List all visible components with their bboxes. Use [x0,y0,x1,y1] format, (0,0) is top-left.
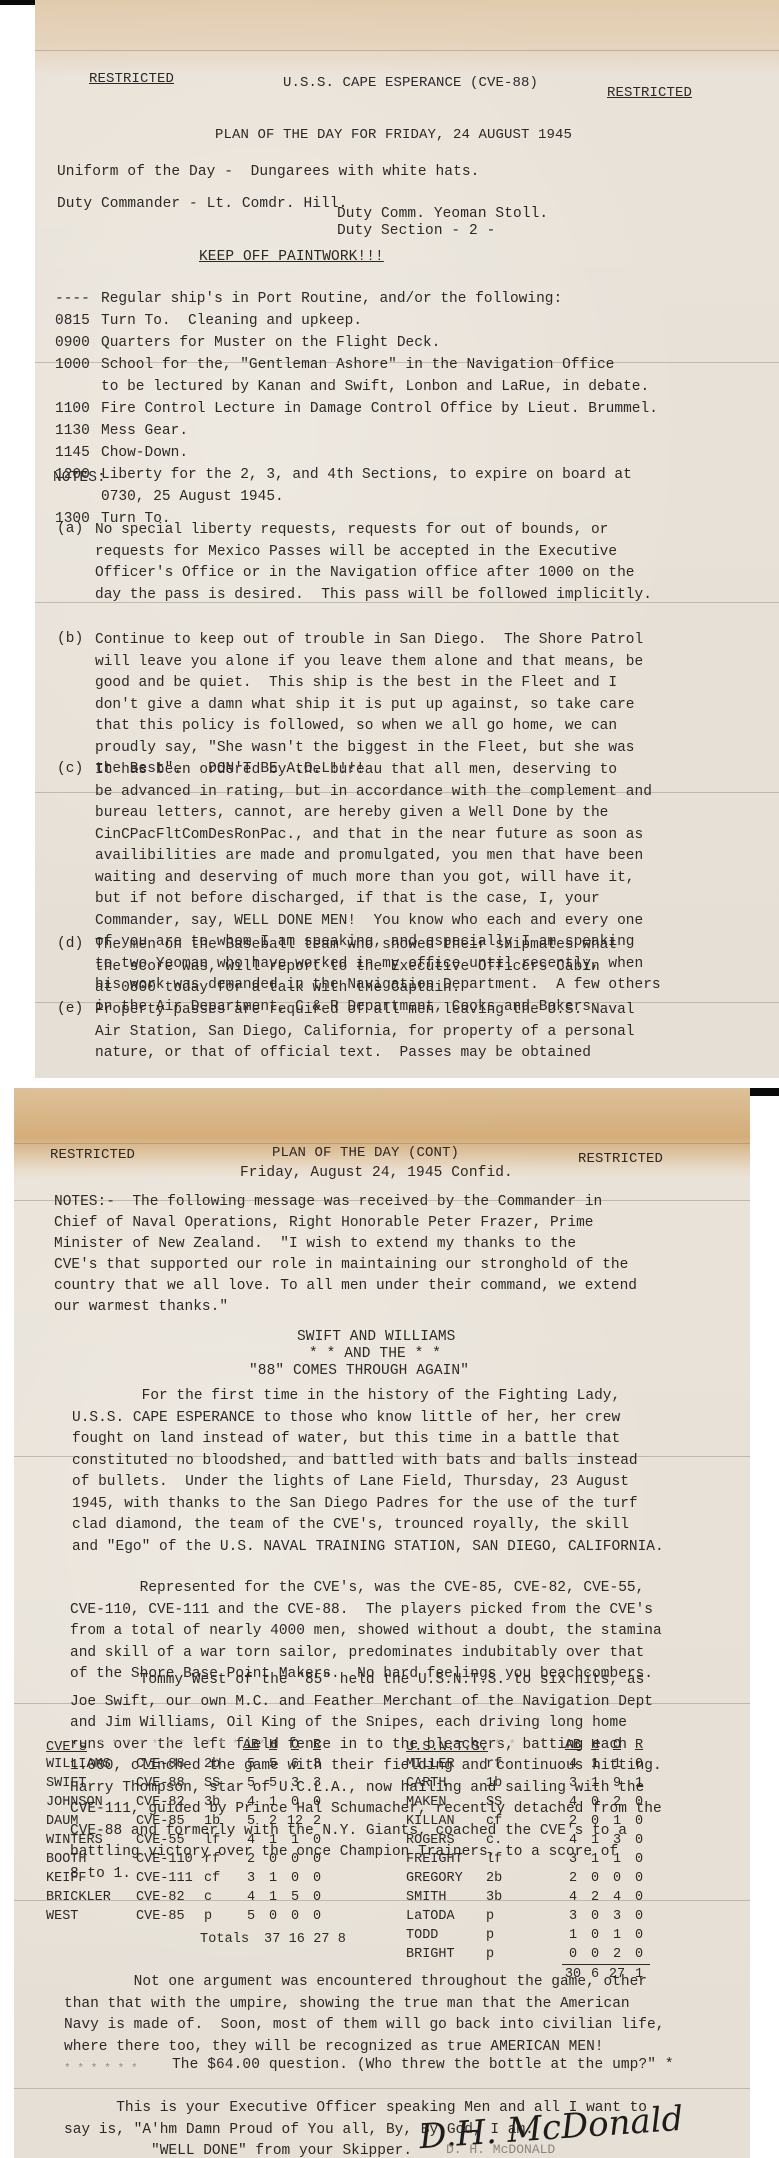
player-row: BRICKLERCVE-82c4150 [46,1888,328,1907]
classification-right: RESTRICTED [607,84,692,103]
schedule-item: 1130Mess Gear. [55,420,188,442]
schedule-text: Chow-Down. [101,442,188,464]
document-page-2: RESTRICTED PLAN OF THE DAY (CONT) RESTRI… [14,1088,750,2158]
player-row: LaTODAp3030 [406,1907,650,1926]
schedule-item: 1145Chow-Down. [55,442,188,464]
player-row: WILLIAMSCVE-882b5563 [46,1755,328,1774]
column-header: R [628,1736,650,1755]
water-stain [35,0,779,75]
fold-line [14,2088,750,2089]
note-label: (d) [57,935,83,954]
notes-label: NOTES: [53,469,106,488]
duty-commander: Duty Commander - Lt. Comdr. Hill. [57,195,347,214]
schedule-item: 1000School for the, "Gentleman Ashore" i… [55,354,649,398]
column-header: AB [240,1736,262,1755]
player-row: GREGORY2b2000 [406,1869,650,1888]
schedule-text: School for the, "Gentleman Ashore" in th… [101,354,649,398]
headline-line-3: "88" COMES THROUGH AGAIN" [249,1362,469,1381]
note-text: Property passes are required of all men … [95,1000,635,1065]
duty-section: Duty Section - 2 - [337,222,495,241]
column-header: O [284,1736,306,1755]
note-text: Continue to keep out of trouble in San D… [95,630,643,781]
schedule-text: Fire Control Lecture in Damage Control O… [101,398,658,420]
player-row: KILLANcf2010 [406,1812,650,1831]
question-stars: * * * * * * [64,2060,138,2079]
usnts-box-score: ABHORMILLERrf4110CARTH1b3191MAKENSS4020K… [406,1736,650,1984]
sixty-four-dollar-question: The $64.00 question. (Who threw the bott… [172,2056,674,2075]
column-header: H [584,1736,606,1755]
player-row: MAKENSS4020 [406,1793,650,1812]
player-row: DAUMCVE-851b52122 [46,1812,328,1831]
column-header: O [606,1736,628,1755]
player-row: JOHNSONCVE-823b4100 [46,1793,328,1812]
page-subtitle: Friday, August 24, 1945 Confid. [240,1164,513,1183]
player-row: MILLERrf4110 [406,1755,650,1774]
notes-message: NOTES:- The following message was receiv… [54,1192,637,1318]
player-row: TODDp1010 [406,1926,650,1945]
schedule-item: 1100Fire Control Lecture in Damage Contr… [55,398,658,420]
schedule-item: 0815Turn To. Cleaning and upkeep. [55,310,362,332]
schedule-time: 1100 [55,398,101,420]
schedule-time: 1145 [55,442,101,464]
fold-line [35,50,779,51]
player-row: WINTERSCVE-55lf4110 [46,1831,328,1850]
schedule-item: ----Regular ship's in Port Routine, and/… [55,288,562,310]
typed-signature: D. H. McDONALD [446,2142,555,2157]
player-row: BRIGHTp0020 [406,1945,650,1965]
player-row: BOOTHCVE-110rf2000 [46,1850,328,1869]
player-row: SMITH3b4240 [406,1888,650,1907]
column-header: H [262,1736,284,1755]
closing-paragraph: Not one argument was encountered through… [64,1972,664,2058]
classification-left: RESTRICTED [50,1146,135,1165]
schedule-time: 0900 [55,332,101,354]
schedule-text: Liberty for the 2, 3, and 4th Sections, … [101,464,632,508]
schedule-time: 0815 [55,310,101,332]
cve-box-score: ABHORWILLIAMSCVE-882b5563SWIFTCVE-88SS55… [46,1736,328,1926]
player-row: SWIFTCVE-88SS5533 [46,1774,328,1793]
ship-name: U.S.S. CAPE ESPERANCE (CVE-88) [283,74,538,93]
story-paragraph-1: For the first time in the history of the… [72,1386,664,1558]
note-label: (b) [57,630,83,649]
cve-totals: 37 16 27 8 [264,1930,346,1949]
schedule-text: Turn To. Cleaning and upkeep. [101,310,362,332]
classification-left: RESTRICTED [89,70,174,89]
player-row: FREIGHTlf3110 [406,1850,650,1869]
paintwork-warning: KEEP OFF PAINTWORK!!! [199,248,384,267]
page-title: PLAN OF THE DAY FOR FRIDAY, 24 AUGUST 19… [215,126,572,145]
player-row: WESTCVE-85p5000 [46,1907,328,1926]
schedule-item: 1200Liberty for the 2, 3, and 4th Sectio… [55,464,632,508]
schedule-time: 1130 [55,420,101,442]
player-row: ROGERSc.4130 [406,1831,650,1850]
scan-border [750,1088,779,1096]
classification-right: RESTRICTED [578,1150,663,1169]
column-header: AB [562,1736,584,1755]
note-text: The men on the Baseball team who showed … [95,935,617,1000]
note-label: (e) [57,1000,83,1019]
page-title: PLAN OF THE DAY (CONT) [272,1144,459,1163]
schedule-time: 1000 [55,354,101,376]
schedule-time: ---- [55,288,101,310]
note-label: (c) [57,760,83,779]
note-text: No special liberty requests, requests fo… [95,520,652,606]
player-row: KEIFFCVE-111cf3100 [46,1869,328,1888]
schedule-text: Regular ship's in Port Routine, and/or t… [101,288,562,310]
column-header: R [306,1736,328,1755]
player-row: CARTH1b3191 [406,1774,650,1793]
document-page-1: RESTRICTED U.S.S. CAPE ESPERANCE (CVE-88… [35,0,779,1078]
note-label: (a) [57,520,83,539]
schedule-text: Mess Gear. [101,420,188,442]
schedule-item: 0900Quarters for Muster on the Flight De… [55,332,440,354]
schedule-text: Quarters for Muster on the Flight Deck. [101,332,440,354]
uniform-of-day: Uniform of the Day - Dungarees with whit… [57,163,479,182]
cve-totals-label: Totals [200,1930,249,1949]
